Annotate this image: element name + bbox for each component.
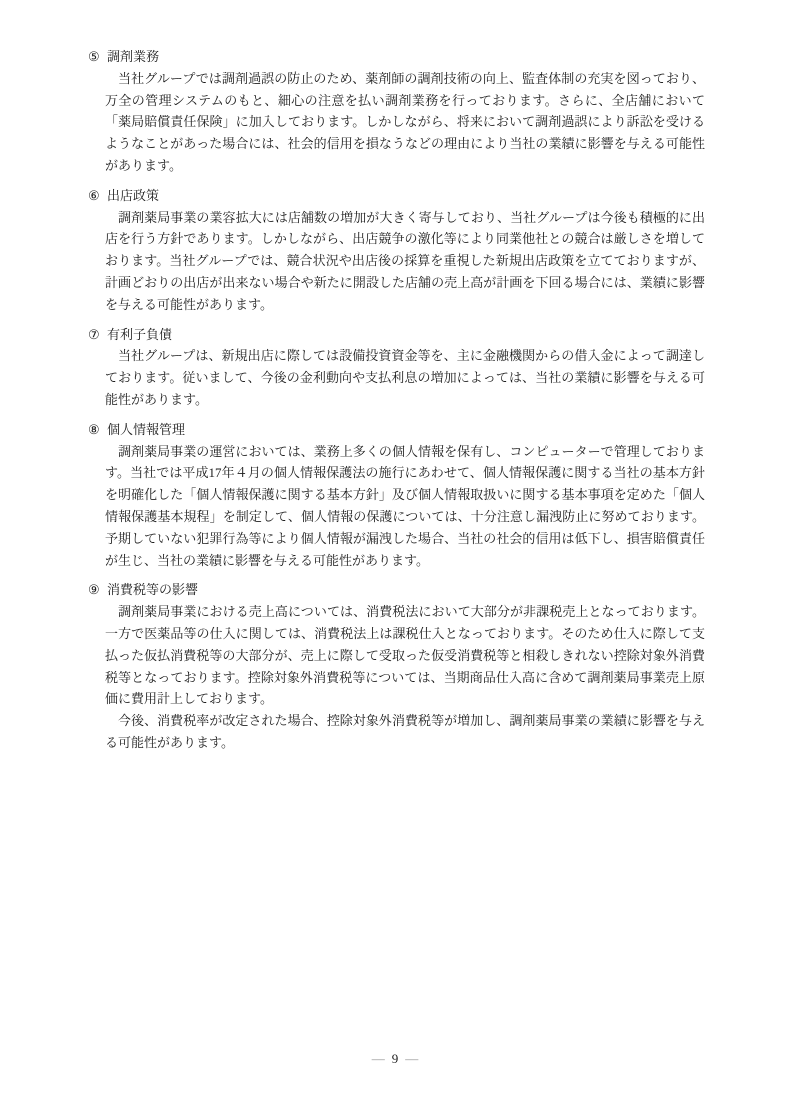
section-paragraph: 調剤薬局事業の運営においては、業務上多くの個人情報を保有し、コンピューターで管理… <box>105 441 705 572</box>
section-heading: ⑦ 有利子負債 <box>88 324 705 346</box>
section-paragraph: 当社グループでは調剤過誤の防止のため、薬剤師の調剤技術の向上、監査体制の充実を図… <box>105 68 705 177</box>
page-footer: ―9― <box>0 1048 790 1070</box>
document-page: ⑤ 調剤業務 当社グループでは調剤過誤の防止のため、薬剤師の調剤技術の向上、監査… <box>0 0 790 1118</box>
section-title: 有利子負債 <box>107 324 172 346</box>
section-body: 当社グループは、新規出店に際しては設備投資資金等を、主に金融機関からの借入金によ… <box>105 345 705 410</box>
section-number: ⑦ <box>88 324 107 346</box>
footer-dash-right: ― <box>405 1051 418 1066</box>
section-shutten-seisaku: ⑥ 出店政策 調剤薬局事業の業容拡大には店舗数の増加が大きく寄与しており、当社グ… <box>88 185 705 316</box>
section-kojin-joho-kanri: ⑧ 個人情報管理 調剤薬局事業の運営においては、業務上多くの個人情報を保有し、コ… <box>88 419 705 572</box>
section-number: ⑨ <box>88 579 107 601</box>
section-heading: ⑧ 個人情報管理 <box>88 419 705 441</box>
footer-dash-left: ― <box>372 1051 385 1066</box>
section-heading: ⑤ 調剤業務 <box>88 46 705 68</box>
section-body: 調剤薬局事業の運営においては、業務上多くの個人情報を保有し、コンピューターで管理… <box>105 441 705 572</box>
section-heading: ⑨ 消費税等の影響 <box>88 579 705 601</box>
section-title: 消費税等の影響 <box>107 579 198 601</box>
section-body: 調剤薬局事業の業容拡大には店舗数の増加が大きく寄与しており、当社グループは今後も… <box>105 207 705 316</box>
section-title: 個人情報管理 <box>107 419 185 441</box>
section-paragraph: 調剤薬局事業の業容拡大には店舗数の増加が大きく寄与しており、当社グループは今後も… <box>105 207 705 316</box>
section-heading: ⑥ 出店政策 <box>88 185 705 207</box>
section-paragraph: 当社グループは、新規出店に際しては設備投資資金等を、主に金融機関からの借入金によ… <box>105 345 705 410</box>
section-yurishi-fusai: ⑦ 有利子負債 当社グループは、新規出店に際しては設備投資資金等を、主に金融機関… <box>88 324 705 411</box>
section-body: 当社グループでは調剤過誤の防止のため、薬剤師の調剤技術の向上、監査体制の充実を図… <box>105 68 705 177</box>
section-shohizei-eikyo: ⑨ 消費税等の影響 調剤薬局事業における売上高については、消費税法において大部分… <box>88 579 705 753</box>
section-body: 調剤薬局事業における売上高については、消費税法において大部分が非課税売上となって… <box>105 601 705 754</box>
section-title: 出店政策 <box>107 185 159 207</box>
section-title: 調剤業務 <box>107 46 159 68</box>
footer-page-number: 9 <box>385 1048 406 1070</box>
section-paragraph: 今後、消費税率が改定された場合、控除対象外消費税等が増加し、調剤薬局事業の業績に… <box>105 710 705 754</box>
section-number: ⑤ <box>88 46 107 68</box>
section-number: ⑥ <box>88 185 107 207</box>
section-paragraph: 調剤薬局事業における売上高については、消費税法において大部分が非課税売上となって… <box>105 601 705 710</box>
section-number: ⑧ <box>88 419 107 441</box>
section-chozai-gyomu: ⑤ 調剤業務 当社グループでは調剤過誤の防止のため、薬剤師の調剤技術の向上、監査… <box>88 46 705 177</box>
